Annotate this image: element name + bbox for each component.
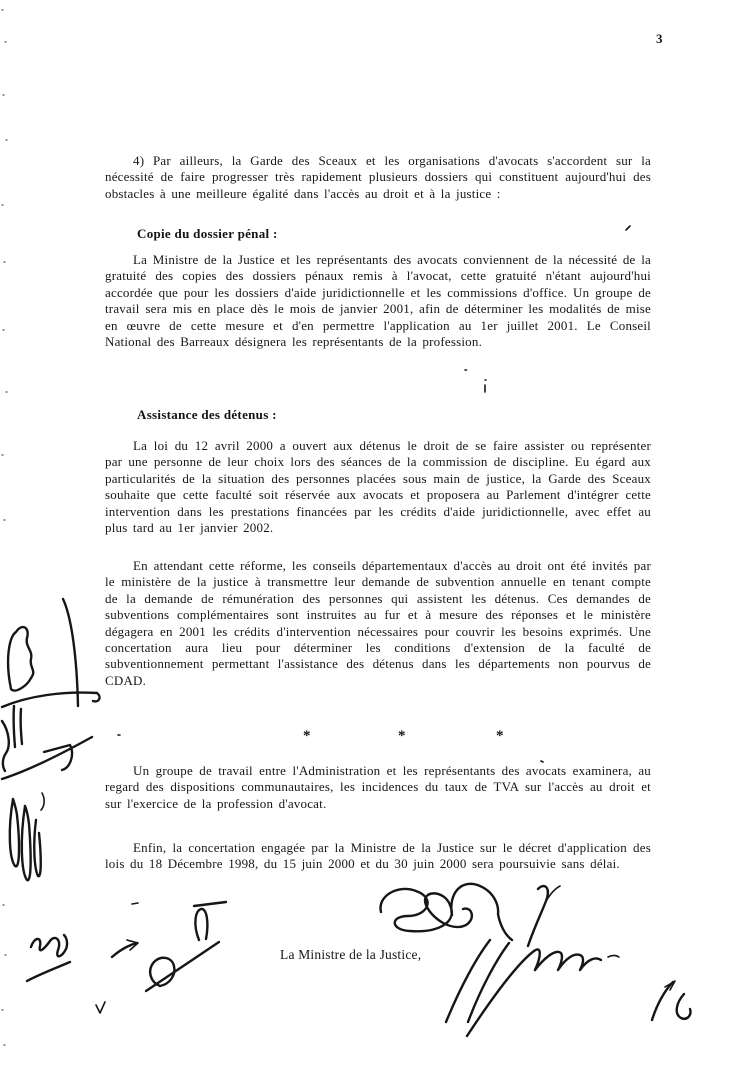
paragraph-intro: 4) Par ailleurs, la Garde des Sceaux et …	[105, 153, 651, 202]
initials	[652, 981, 690, 1020]
text-scrawl	[381, 884, 560, 946]
scanned-document-page: 3 4) Par ailleurs, la Garde des Sceaux e…	[0, 0, 733, 1066]
paragraph-tva: Un groupe de travail entre l'Administrat…	[105, 763, 651, 812]
paragraph-enfin: Enfin, la concertation engagée par la Mi…	[105, 840, 651, 873]
asterisk: *	[398, 728, 406, 745]
asterisk: *	[303, 728, 311, 745]
paragraph-reforme-subventions: En attendant cette réforme, les conseils…	[105, 558, 651, 689]
paragraph-copie-dossier: La Ministre de la Justice et les représe…	[105, 252, 651, 350]
signature	[446, 940, 619, 1036]
margin-scribble	[2, 599, 100, 880]
asterisk: *	[496, 728, 504, 745]
bottom-left-marks	[27, 902, 226, 1013]
page-number: 3	[656, 31, 663, 47]
paragraph-assistance-detenus: La loi du 12 avril 2000 a ouvert aux dét…	[105, 438, 651, 536]
closing-signature-title: La Ministre de la Justice,	[280, 947, 421, 963]
heading-copie-dossier-penal: Copie du dossier pénal :	[137, 226, 278, 242]
heading-assistance-detenus: Assistance des détenus :	[137, 407, 277, 423]
